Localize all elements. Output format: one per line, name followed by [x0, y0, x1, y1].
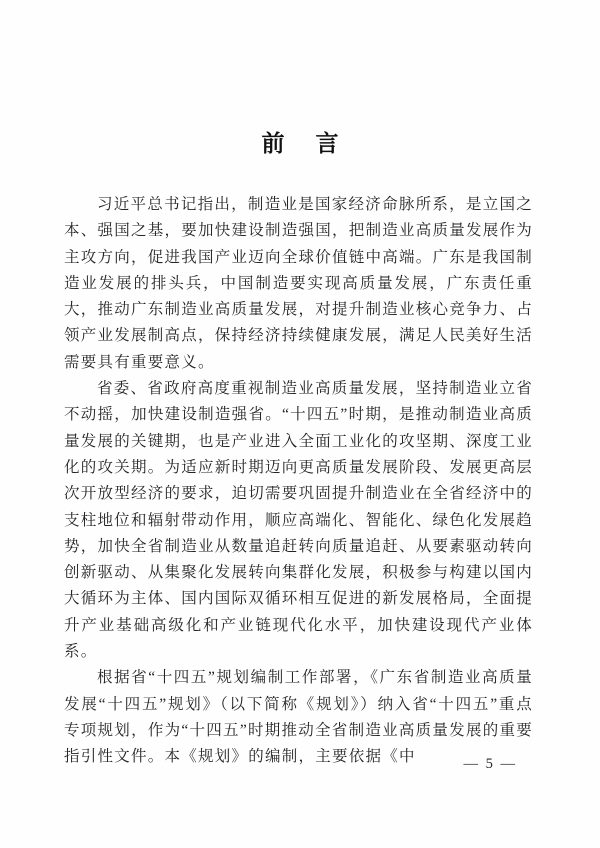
page-number: — 5 —: [464, 756, 518, 772]
document-page: 前 言 习近平总书记指出，制造业是国家经济命脉所系，是立国之本、强国之基，要加快…: [0, 0, 600, 848]
paragraph-1: 习近平总书记指出，制造业是国家经济命脉所系，是立国之本、强国之基，要加快建设制造…: [64, 192, 533, 376]
paragraph-2: 省委、省政府高度重视制造业高质量发展，坚持制造业立省不动摇，加快建设制造强省。“…: [64, 376, 533, 665]
page-footer: — 5 —: [464, 755, 518, 773]
page-title: 前 言: [0, 128, 600, 158]
document-body: 习近平总书记指出，制造业是国家经济命脉所系，是立国之本、强国之基，要加快建设制造…: [64, 192, 533, 771]
